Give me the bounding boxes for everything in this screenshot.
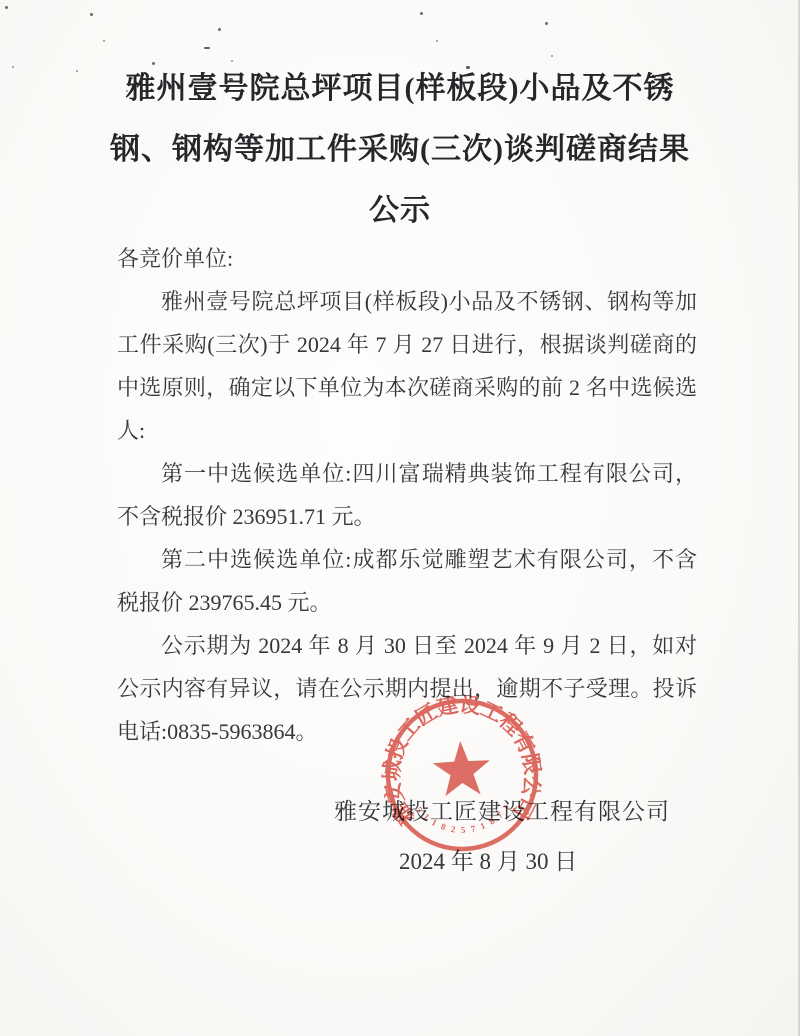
scan-speck <box>103 40 105 42</box>
paragraph-1-line: 中选原则，确定以下单位为本次磋商采购的前 2 名中选候选 <box>117 366 697 409</box>
star-icon <box>432 740 492 797</box>
scan-speck <box>218 28 221 31</box>
scan-speck <box>5 6 8 9</box>
paragraph-2-line: 不含税报价 236951.71 元。 <box>117 495 697 538</box>
title-line-2: 钢、钢构等加工件采购(三次)谈判磋商结果 <box>60 119 740 180</box>
scan-speck <box>204 47 210 49</box>
paragraph-1-line: 人: <box>117 409 697 452</box>
seal-code: 51182571871 <box>414 800 515 838</box>
scan-speck <box>551 55 553 57</box>
scan-speck <box>12 66 14 68</box>
scan-speck <box>436 40 438 42</box>
paragraph-3-line: 第二中选候选单位:成都乐觉雕塑艺术有限公司，不含 <box>117 538 697 581</box>
paragraph-3-line: 税报价 239765.45 元。 <box>117 581 697 624</box>
scan-speck <box>90 13 93 16</box>
document-title: 雅州壹号院总坪项目(样板段)小品及不锈 钢、钢构等加工件采购(三次)谈判磋商结果… <box>60 58 740 241</box>
paragraph-2-line: 第一中选候选单位:四川富瑞精典装饰工程有限公司， <box>117 452 697 495</box>
salutation: 各竞价单位: <box>117 237 697 280</box>
paragraph-1-line: 雅州壹号院总坪项目(样板段)小品及不锈钢、钢构等加 <box>117 280 697 323</box>
document-page: 雅州壹号院总坪项目(样板段)小品及不锈 钢、钢构等加工件采购(三次)谈判磋商结果… <box>0 0 800 1036</box>
scan-speck <box>545 22 548 25</box>
scan-speck <box>420 12 423 15</box>
company-seal: 雅安城投工匠建设工程有限公司 51182571871 <box>362 675 562 875</box>
document-body: 各竞价单位: 雅州壹号院总坪项目(样板段)小品及不锈钢、钢构等加 工件采购(三次… <box>117 237 697 753</box>
title-line-3: 公示 <box>60 180 740 241</box>
paragraph-4-line: 公示期为 2024 年 8 月 30 日至 2024 年 9 月 2 日，如对 <box>117 624 697 667</box>
title-line-1: 雅州壹号院总坪项目(样板段)小品及不锈 <box>60 58 740 119</box>
paragraph-1-line: 工件采购(三次)于 2024 年 7 月 27 日进行，根据谈判磋商的 <box>117 323 697 366</box>
